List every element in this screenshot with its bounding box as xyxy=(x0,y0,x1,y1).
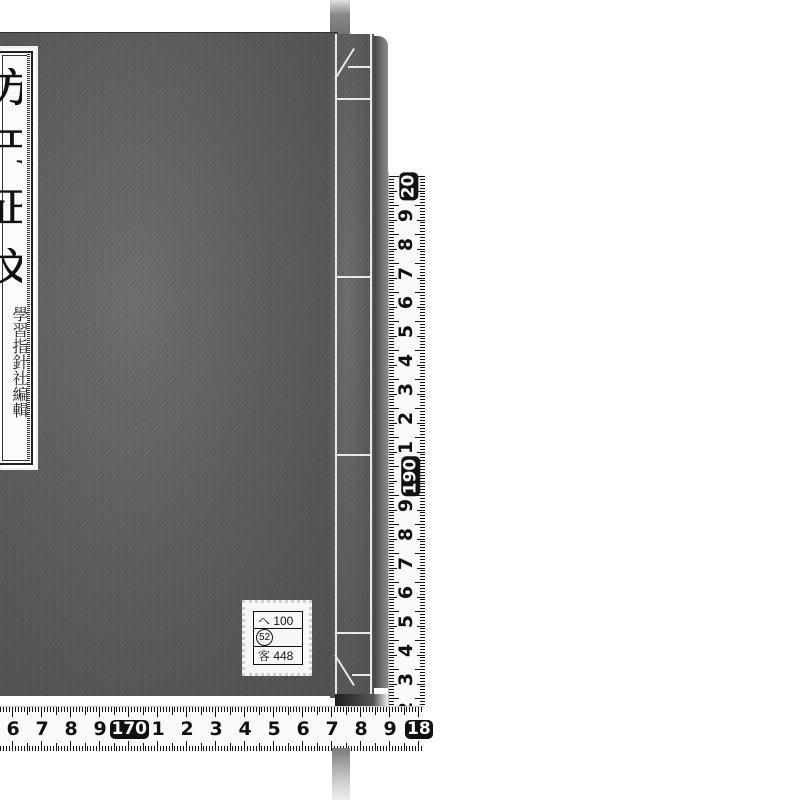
ruler-tick xyxy=(420,483,425,484)
ruler-label: 2 xyxy=(397,412,416,425)
ruler-tick xyxy=(282,707,283,712)
ruler-tick xyxy=(116,746,117,751)
ruler-tick xyxy=(420,605,425,606)
ruler-tick xyxy=(201,707,202,715)
ruler-tick xyxy=(35,746,36,751)
ruler-tick xyxy=(418,707,419,717)
ruler-tick xyxy=(157,741,158,751)
ruler-tick xyxy=(389,225,394,226)
ruler-tick xyxy=(389,579,394,580)
ruler-tick xyxy=(331,707,332,717)
ruler-tick xyxy=(198,746,199,751)
ruler-tick xyxy=(389,463,394,464)
ruler-tick xyxy=(420,289,425,290)
ruler-tick xyxy=(0,746,1,751)
ruler-tick xyxy=(420,211,425,212)
ruler-tick xyxy=(50,746,51,751)
ruler-tick xyxy=(145,746,146,751)
ruler-tick xyxy=(337,707,338,712)
ruler-tick xyxy=(32,746,33,751)
ruler-tick xyxy=(389,576,394,577)
ruler-tick xyxy=(389,379,399,380)
ruler-tick xyxy=(420,550,425,551)
ruler-tick xyxy=(85,707,86,715)
ruler-tick xyxy=(389,269,394,270)
ruler-tick xyxy=(174,707,175,712)
ruler-tick xyxy=(9,746,10,751)
ruler-tick xyxy=(389,350,399,351)
ruler-tick xyxy=(417,655,425,656)
ruler-tick xyxy=(389,205,399,206)
ruler-tick xyxy=(420,576,425,577)
ruler-tick xyxy=(389,588,394,589)
ruler-tick xyxy=(420,286,425,287)
ruler-tick xyxy=(389,283,394,284)
ruler-tick xyxy=(389,333,394,334)
ruler-tick xyxy=(154,746,155,751)
ruler-tick xyxy=(270,707,271,712)
ruler-tick xyxy=(140,746,141,751)
ruler-tick xyxy=(420,689,425,690)
ruler-tick xyxy=(389,344,394,345)
ruler-tick xyxy=(288,743,289,751)
ruler-tick xyxy=(99,741,100,751)
ruler-tick xyxy=(409,707,410,712)
ruler-tick xyxy=(389,362,394,363)
ruler-tick xyxy=(389,469,394,470)
ruler-tick xyxy=(420,405,425,406)
ruler-tick xyxy=(389,492,394,493)
ruler-tick xyxy=(389,686,394,687)
ruler-tick xyxy=(134,707,135,712)
ruler-tick xyxy=(420,196,425,197)
ruler-tick xyxy=(325,707,326,712)
ruler-tick xyxy=(420,570,425,571)
ruler-tick xyxy=(148,707,149,712)
ruler-tick xyxy=(285,746,286,751)
ruler-tick xyxy=(85,743,86,751)
ruler-tick xyxy=(420,231,425,232)
ruler-tick xyxy=(3,746,4,751)
ruler-tick xyxy=(415,553,425,554)
ruler-tick xyxy=(420,504,425,505)
ruler-tick xyxy=(302,707,303,717)
book-cover xyxy=(0,32,338,696)
ruler-tick xyxy=(93,707,94,712)
ruler-tick xyxy=(415,611,425,612)
ruler-tick xyxy=(389,315,394,316)
ruler-tick xyxy=(160,746,161,751)
ruler-tick xyxy=(79,746,80,751)
ruler-tick xyxy=(230,707,231,715)
ruler-tick xyxy=(363,746,364,751)
ruler-label: 20 xyxy=(399,173,418,201)
ruler-tick xyxy=(383,746,384,751)
ruler-tick xyxy=(276,707,277,712)
ruler-tick xyxy=(420,324,425,325)
ruler-tick xyxy=(420,283,425,284)
ruler-label: 3 xyxy=(397,673,416,686)
ruler-tick xyxy=(415,408,425,409)
ruler-tick xyxy=(420,472,425,473)
ruler-tick xyxy=(351,707,352,712)
ruler-tick xyxy=(44,746,45,751)
ruler-label: 9 xyxy=(397,209,416,222)
ruler-tick xyxy=(420,193,425,194)
ruler-label: 8 xyxy=(397,238,416,251)
ruler-tick xyxy=(389,391,394,392)
ruler-tick xyxy=(389,251,394,252)
ruler-tick xyxy=(389,512,394,513)
ruler-tick xyxy=(420,431,425,432)
cover-shadow xyxy=(335,694,390,706)
ruler-tick xyxy=(354,746,355,751)
ruler-tick xyxy=(314,707,315,712)
ruler-label: 3 xyxy=(397,383,416,396)
ruler-tick xyxy=(389,420,394,421)
ruler-tick xyxy=(420,460,425,461)
ruler-tick xyxy=(420,530,425,531)
ruler-tick xyxy=(417,423,425,424)
ruler-tick xyxy=(203,707,204,712)
ruler-tick xyxy=(420,254,425,255)
ruler-tick xyxy=(177,746,178,751)
ruler-label: 5 xyxy=(397,325,416,338)
ruler-tick xyxy=(389,550,394,551)
ruler-tick xyxy=(192,746,193,751)
ruler-tick xyxy=(420,521,425,522)
ruler-tick xyxy=(35,707,36,712)
ruler-label: 7 xyxy=(326,720,339,739)
ruler-tick xyxy=(302,741,303,751)
ruler-tick xyxy=(420,208,425,209)
ruler-tick xyxy=(305,746,306,751)
ruler-tick xyxy=(389,211,394,212)
ruler-tick xyxy=(389,260,394,261)
ruler-tick xyxy=(420,544,425,545)
sticker-row: 客 448 xyxy=(254,647,302,664)
ruler-tick xyxy=(131,746,132,751)
ruler-tick xyxy=(420,594,425,595)
ruler-tick xyxy=(389,704,394,705)
ruler-tick xyxy=(420,573,425,574)
ruler-tick xyxy=(389,301,394,302)
ruler-tick xyxy=(417,539,425,540)
ruler-tick xyxy=(346,707,347,715)
ruler-tick xyxy=(256,746,257,751)
ruler-tick xyxy=(186,741,187,751)
ruler-tick xyxy=(131,707,132,712)
circled-number: 52 xyxy=(256,629,273,646)
ruler-tick xyxy=(420,547,425,548)
ruler-tick xyxy=(215,741,216,751)
ruler-tick xyxy=(232,707,233,712)
ruler-label: 1 xyxy=(152,720,165,739)
ruler-tick xyxy=(389,191,397,192)
ruler-tick xyxy=(389,280,394,281)
ruler-tick xyxy=(389,570,394,571)
ruler-tick xyxy=(389,234,399,235)
ruler-tick xyxy=(389,341,394,342)
ruler-tick xyxy=(415,669,425,670)
ruler-tick xyxy=(415,379,425,380)
ruler-tick xyxy=(102,746,103,751)
ruler-tick xyxy=(398,707,399,712)
ruler-tick xyxy=(73,707,74,712)
ruler-tick xyxy=(420,527,425,528)
ruler-tick xyxy=(389,478,394,479)
ruler-tick xyxy=(395,707,396,712)
ruler-tick xyxy=(389,243,394,244)
ruler-tick xyxy=(420,646,425,647)
ruler-tick xyxy=(360,741,361,751)
ruler-tick xyxy=(198,707,199,712)
ruler-tick xyxy=(389,669,399,670)
ruler-tick xyxy=(420,240,425,241)
ruler-tick xyxy=(96,746,97,751)
ruler-tick xyxy=(174,746,175,751)
ruler-tick xyxy=(15,746,16,751)
sticker-row: 52 xyxy=(254,629,302,646)
ruler-tick xyxy=(420,588,425,589)
ruler-tick xyxy=(389,292,399,293)
ruler-tick xyxy=(389,541,394,542)
ruler-tick xyxy=(417,626,425,627)
ruler-tick xyxy=(288,707,289,715)
ruler-tick xyxy=(32,707,33,712)
ruler-tick xyxy=(160,707,161,712)
ruler-tick xyxy=(420,266,425,267)
ruler-tick xyxy=(420,396,425,397)
ruler-tick xyxy=(412,746,413,751)
ruler-tick xyxy=(415,437,425,438)
ruler-tick xyxy=(389,741,390,751)
ruler-tick xyxy=(420,402,425,403)
ruler-tick xyxy=(420,536,425,537)
ruler-tick xyxy=(319,746,320,751)
bookmark-ribbon-bottom xyxy=(332,748,350,800)
ruler-tick xyxy=(189,746,190,751)
ruler-tick xyxy=(215,707,216,717)
ruler-tick xyxy=(325,746,326,751)
ruler-tick xyxy=(377,746,378,751)
ruler-label: 6 xyxy=(397,296,416,309)
ruler-tick xyxy=(420,457,425,458)
ruler-tick xyxy=(420,185,425,186)
ruler-tick xyxy=(389,666,394,667)
ruler-tick xyxy=(389,295,394,296)
ruler-tick xyxy=(417,394,425,395)
ruler-tick xyxy=(386,707,387,712)
ruler-tick xyxy=(420,275,425,276)
ruler-tick xyxy=(389,208,394,209)
ruler-tick xyxy=(18,746,19,751)
ruler-tick xyxy=(420,327,425,328)
ruler-tick xyxy=(221,707,222,712)
ruler-tick xyxy=(389,475,394,476)
stitch-thread xyxy=(334,654,355,686)
ruler-tick xyxy=(420,304,425,305)
ruler-tick xyxy=(82,707,83,712)
vertical-ruler: 2098765432119098765432 xyxy=(388,172,425,706)
ruler-tick xyxy=(105,746,106,751)
ruler-tick xyxy=(389,701,394,702)
ruler-tick xyxy=(206,746,207,751)
ruler-tick xyxy=(322,746,323,751)
ruler-tick xyxy=(389,556,394,557)
ruler-tick xyxy=(389,620,394,621)
ruler-tick xyxy=(212,707,213,712)
ruler-tick xyxy=(122,746,123,751)
ruler-tick xyxy=(420,243,425,244)
ruler-tick xyxy=(417,684,425,685)
ruler-tick xyxy=(79,707,80,712)
ruler-label: 18 xyxy=(405,720,433,739)
ruler-tick xyxy=(389,289,394,290)
ruler-tick xyxy=(389,370,394,371)
ruler-tick xyxy=(389,652,394,653)
ruler-tick xyxy=(420,486,425,487)
ruler-tick xyxy=(56,743,57,751)
ruler-tick xyxy=(247,746,248,751)
ruler-tick xyxy=(128,741,129,751)
ruler-tick xyxy=(261,707,262,712)
ruler-tick xyxy=(415,263,425,264)
stitch-thread xyxy=(335,276,372,278)
ruler-tick xyxy=(238,707,239,712)
ruler-tick xyxy=(420,376,425,377)
ruler-tick xyxy=(420,260,425,261)
ruler-tick xyxy=(290,746,291,751)
ruler-tick xyxy=(420,678,425,679)
stitch-thread xyxy=(370,34,372,698)
ruler-tick xyxy=(250,746,251,751)
ruler-tick xyxy=(389,428,394,429)
ruler-tick xyxy=(415,746,416,751)
ruler-tick xyxy=(420,449,425,450)
ruler-tick xyxy=(389,681,394,682)
ruler-tick xyxy=(420,414,425,415)
ruler-label: 4 xyxy=(397,354,416,367)
ruler-tick xyxy=(420,217,425,218)
ruler-tick xyxy=(372,707,373,712)
ruler-tick xyxy=(412,707,413,712)
ruler-tick xyxy=(253,746,254,751)
ruler-tick xyxy=(389,649,394,650)
ruler-tick xyxy=(183,746,184,751)
ruler-tick xyxy=(415,524,425,525)
ruler-tick xyxy=(389,524,399,525)
ruler-tick xyxy=(267,707,268,712)
ruler-tick xyxy=(389,457,394,458)
ruler-tick xyxy=(244,741,245,751)
ruler-tick xyxy=(105,707,106,712)
ruler-tick xyxy=(420,359,425,360)
ruler-tick xyxy=(389,237,394,238)
ruler-tick xyxy=(401,707,402,712)
ruler-tick xyxy=(420,330,425,331)
ruler-tick xyxy=(395,746,396,751)
ruler-tick xyxy=(389,196,394,197)
ruler-tick xyxy=(389,182,394,183)
ruler-tick xyxy=(227,707,228,712)
ruler-label: 7 xyxy=(36,720,49,739)
ruler-tick xyxy=(76,746,77,751)
ruler-tick xyxy=(389,530,394,531)
ruler-tick xyxy=(328,707,329,712)
ruler-tick xyxy=(128,707,129,717)
bookmark-ribbon-top xyxy=(330,0,350,36)
ruler-tick xyxy=(154,707,155,712)
ruler-tick xyxy=(389,454,394,455)
ruler-tick xyxy=(389,217,394,218)
ruler-tick xyxy=(58,746,59,751)
ruler-tick xyxy=(56,707,57,715)
ruler-tick xyxy=(420,182,425,183)
ruler-tick xyxy=(389,446,394,447)
ruler-tick xyxy=(420,295,425,296)
ruler-tick xyxy=(279,746,280,751)
ruler-tick xyxy=(389,698,399,699)
ruler-tick xyxy=(420,478,425,479)
ruler-tick xyxy=(420,704,425,705)
ruler-tick xyxy=(420,634,425,635)
ruler-tick xyxy=(389,678,394,679)
ruler-tick xyxy=(389,318,394,319)
ruler-tick xyxy=(227,746,228,751)
ruler-tick xyxy=(417,597,425,598)
ruler-tick xyxy=(389,399,394,400)
ruler-tick xyxy=(420,301,425,302)
ruler-tick xyxy=(375,707,376,715)
ruler-tick xyxy=(357,707,358,712)
ruler-tick xyxy=(415,321,425,322)
ruler-tick xyxy=(389,472,394,473)
ruler-tick xyxy=(369,707,370,712)
ruler-tick xyxy=(420,391,425,392)
ruler-tick xyxy=(389,628,394,629)
ruler-label: 7 xyxy=(397,267,416,280)
ruler-tick xyxy=(420,599,425,600)
ruler-tick xyxy=(389,498,394,499)
ruler-tick xyxy=(293,707,294,712)
ruler-tick xyxy=(203,746,204,751)
ruler-tick xyxy=(389,518,394,519)
ruler-tick xyxy=(389,202,394,203)
ruler-tick xyxy=(404,707,405,715)
ruler-tick xyxy=(420,649,425,650)
ruler-tick xyxy=(389,193,394,194)
binding-spine xyxy=(330,34,374,698)
ruler-tick xyxy=(166,746,167,751)
ruler-tick xyxy=(389,599,394,600)
ruler-tick xyxy=(420,417,425,418)
horizontal-ruler: 678917012345678918 xyxy=(0,706,424,751)
ruler-tick xyxy=(389,646,394,647)
ruler-tick xyxy=(389,466,399,467)
ruler-tick xyxy=(319,707,320,712)
ruler-label: 5 xyxy=(397,615,416,628)
ruler-tick xyxy=(420,199,425,200)
ruler-tick xyxy=(58,707,59,712)
ruler-tick xyxy=(29,746,30,751)
ruler-tick xyxy=(189,707,190,712)
ruler-tick xyxy=(177,707,178,712)
ruler-tick xyxy=(76,707,77,712)
ruler-tick xyxy=(421,707,422,712)
ruler-tick xyxy=(116,707,117,712)
ruler-tick xyxy=(420,188,425,189)
